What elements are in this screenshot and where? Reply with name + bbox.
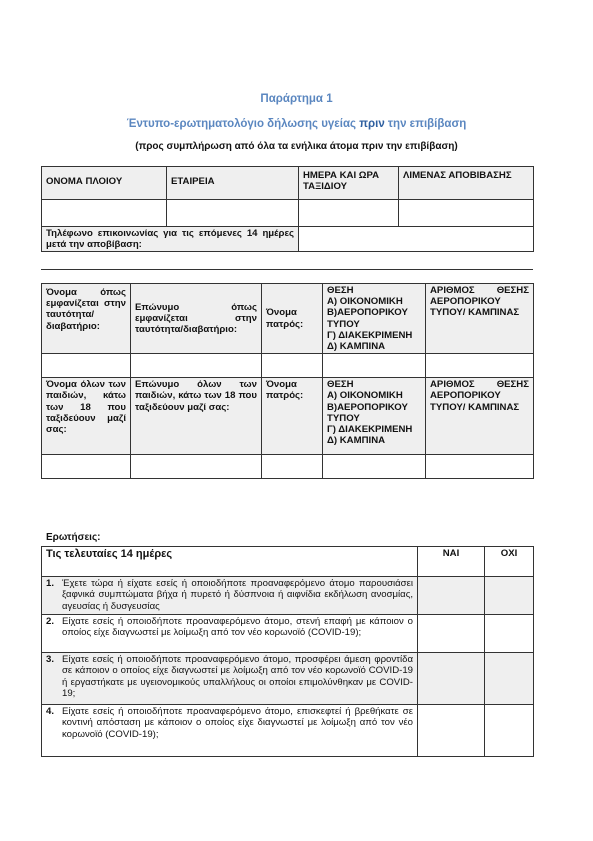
question-row: 2.Είχατε εσείς ή οποιοδήποτε προαναφερόμ… bbox=[42, 615, 534, 653]
first-name-field[interactable] bbox=[42, 354, 131, 378]
question-4: 4.Είχατε εσείς ή οποιοδήποτε προαναφερόμ… bbox=[42, 705, 418, 757]
question-2-yes[interactable] bbox=[418, 615, 485, 653]
phone-field[interactable] bbox=[299, 227, 534, 252]
form-title: Έντυπο-ερωτηματολόγιο δήλωσης υγείας πρι… bbox=[0, 118, 593, 130]
question-row: 4.Είχατε εσείς ή οποιοδήποτε προαναφερόμ… bbox=[42, 705, 534, 757]
father-name-header: Όνομα πατρός: bbox=[262, 284, 323, 354]
question-3: 3.Είχατε εσείς ή οποιοδήποτε προαναφερόμ… bbox=[42, 653, 418, 705]
question-4-no[interactable] bbox=[485, 705, 534, 757]
children-seat-number-field[interactable] bbox=[426, 455, 534, 479]
seat-class-field[interactable] bbox=[323, 354, 426, 378]
no-header: ΟΧΙ bbox=[485, 547, 534, 577]
father-name-field[interactable] bbox=[262, 354, 323, 378]
yes-header: ΝΑΙ bbox=[418, 547, 485, 577]
children-surname-field[interactable] bbox=[131, 455, 262, 479]
question-number: 3. bbox=[46, 654, 62, 665]
question-4-yes[interactable] bbox=[418, 705, 485, 757]
passenger-table: Όνομα όπως εμφανίζεται στην ταυτότητα/ δ… bbox=[41, 283, 534, 479]
question-row: 3.Είχατε εσείς ή οποιοδήποτε προαναφερόμ… bbox=[42, 653, 534, 705]
children-seat-class-header: ΘΕΣΗ Α) ΟΙΚΟΝΟΜΙΚΗ Β)ΑΕΡΟΠΟΡΙΚΟΥ ΤΥΠΟΥ Γ… bbox=[323, 378, 426, 455]
section-divider bbox=[41, 269, 533, 270]
question-2-no[interactable] bbox=[485, 615, 534, 653]
ship-name-field[interactable] bbox=[42, 200, 167, 227]
children-father-name-header: Όνομα πατρός: bbox=[262, 378, 323, 455]
question-row: 1.Έχετε τώρα ή είχατε εσείς ή οποιοδήποτ… bbox=[42, 577, 534, 615]
form-subtitle: (προς συμπλήρωση από όλα τα ενήλικα άτομ… bbox=[0, 141, 593, 152]
question-text: Έχετε τώρα ή είχατε εσείς ή οποιοδήποτε … bbox=[46, 578, 413, 612]
question-2: 2.Είχατε εσείς ή οποιοδήποτε προαναφερόμ… bbox=[42, 615, 418, 653]
form-title-before: Έντυπο-ερωτηματολόγιο δήλωσης υγείας bbox=[127, 118, 360, 130]
question-text: Είχατε εσείς ή οποιοδήποτε προαναφερόμεν… bbox=[46, 654, 413, 699]
question-3-yes[interactable] bbox=[418, 653, 485, 705]
seat-number-field[interactable] bbox=[426, 354, 534, 378]
children-father-name-field[interactable] bbox=[262, 455, 323, 479]
question-1-no[interactable] bbox=[485, 577, 534, 615]
form-title-after: την επιβίβαση bbox=[385, 118, 467, 130]
company-header: ΕΤΑΙΡΕΙΑ bbox=[167, 167, 299, 200]
question-text: Είχατε εσείς ή οποιοδήποτε προαναφερόμεν… bbox=[46, 706, 413, 740]
phone-label: Τηλέφωνο επικοινωνίας για τις επόμενες 1… bbox=[42, 227, 299, 252]
children-surname-header: Επώνυμο όλων των παιδιών, κάτω των 18 πο… bbox=[131, 378, 262, 455]
question-number: 2. bbox=[46, 616, 62, 627]
children-first-name-field[interactable] bbox=[42, 455, 131, 479]
question-1-yes[interactable] bbox=[418, 577, 485, 615]
question-text: Είχατε εσείς ή οποιοδήποτε προαναφερόμεν… bbox=[46, 616, 413, 639]
seat-class-header: ΘΕΣΗ Α) ΟΙΚΟΝΟΜΙΚΗ Β)ΑΕΡΟΠΟΡΙΚΟΥ ΤΥΠΟΥ Γ… bbox=[323, 284, 426, 354]
children-seat-class-field[interactable] bbox=[323, 455, 426, 479]
first-name-header: Όνομα όπως εμφανίζεται στην ταυτότητα/ δ… bbox=[42, 284, 131, 354]
travel-datetime-field[interactable] bbox=[299, 200, 399, 227]
company-field[interactable] bbox=[167, 200, 299, 227]
question-3-no[interactable] bbox=[485, 653, 534, 705]
children-first-name-header: Όνομα όλων των παιδιών, κάτω των 18 που … bbox=[42, 378, 131, 455]
questions-table: Τις τελευταίες 14 ημέρες ΝΑΙ ΟΧΙ 1.Έχετε… bbox=[41, 546, 534, 757]
disembarkation-port-field[interactable] bbox=[399, 200, 534, 227]
annex-title: Παράρτημα 1 bbox=[0, 93, 593, 105]
disembarkation-port-header: ΛΙΜΕΝΑΣ ΑΠΟΒΙΒΑΣΗΣ bbox=[399, 167, 534, 200]
question-number: 4. bbox=[46, 706, 62, 717]
children-seat-number-header: ΑΡΙΘΜΟΣ ΘΕΣΗΣ ΑΕΡΟΠΟΡΙΚΟΥ ΤΥΠΟΥ/ ΚΑΜΠΙΝΑ… bbox=[426, 378, 534, 455]
travel-datetime-header: ΗΜΕΡΑ ΚΑΙ ΩΡΑ ΤΑΞΙΔΙΟΥ bbox=[299, 167, 399, 200]
question-1: 1.Έχετε τώρα ή είχατε εσείς ή οποιοδήποτ… bbox=[42, 577, 418, 615]
questions-header: Τις τελευταίες 14 ημέρες bbox=[42, 547, 418, 577]
travel-info-table: ΟΝΟΜΑ ΠΛΟΙΟΥ ΕΤΑΙΡΕΙΑ ΗΜΕΡΑ ΚΑΙ ΩΡΑ ΤΑΞΙ… bbox=[41, 166, 534, 252]
question-number: 1. bbox=[46, 578, 62, 589]
seat-number-header: ΑΡΙΘΜΟΣ ΘΕΣΗΣ ΑΕΡΟΠΟΡΙΚΟΥ ΤΥΠΟΥ/ ΚΑΜΠΙΝΑ… bbox=[426, 284, 534, 354]
surname-field[interactable] bbox=[131, 354, 262, 378]
surname-header: Επώνυμο όπως εμφανίζεται στην ταυτότητα/… bbox=[131, 284, 262, 354]
form-title-emphasis: πριν bbox=[359, 118, 385, 130]
questions-label: Ερωτήσεις: bbox=[46, 532, 101, 543]
ship-name-header: ΟΝΟΜΑ ΠΛΟΙΟΥ bbox=[42, 167, 167, 200]
